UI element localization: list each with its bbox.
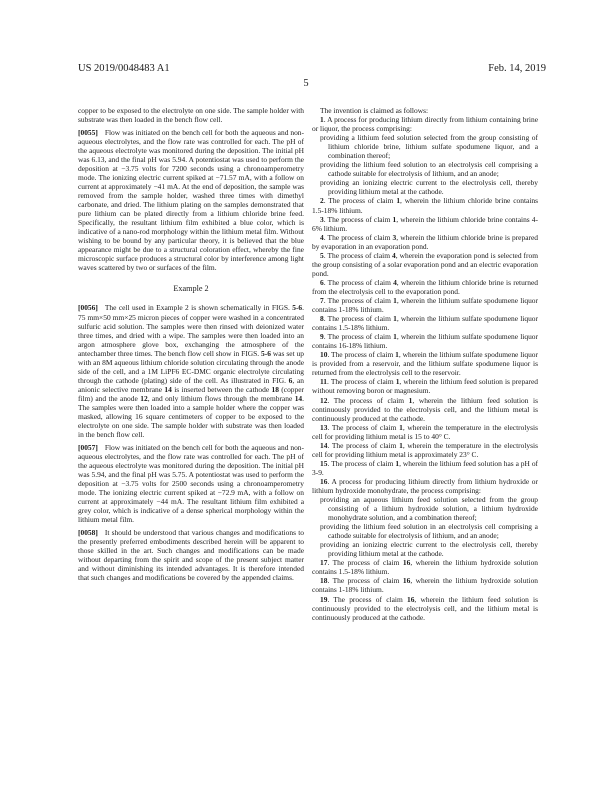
reference-numeral: 14: [164, 385, 171, 394]
claims-intro: The invention is claimed as follows:: [312, 106, 538, 115]
claim-16: 16. A process for producing lithium dire…: [312, 477, 538, 495]
claim-step: providing a lithium feed solution select…: [312, 133, 538, 160]
claim-2: 2. The process of claim 1, wherein the l…: [312, 196, 538, 214]
claim-text: . The process of claim: [324, 233, 393, 242]
claim-step: providing the lithium feed solution to a…: [312, 160, 538, 178]
claim-text: . A process for producing lithium direct…: [312, 477, 538, 495]
claim-step: providing an ionizing electric current t…: [312, 540, 538, 558]
claim-text: . The process of claim: [324, 296, 393, 305]
claims-column: The invention is claimed as follows: 1. …: [312, 106, 538, 622]
figure-ref: 5-6: [261, 349, 271, 358]
claim-1: 1. A process for producing lithium direc…: [312, 115, 538, 133]
claim-text: . The process of claim: [327, 423, 399, 432]
claim-text: . The process of claim: [327, 595, 407, 604]
claim-9: 9. The process of claim 1, wherein the l…: [312, 332, 538, 350]
claim-text: . The process of claim: [327, 396, 408, 405]
claim-15: 15. The process of claim 1, wherein the …: [312, 459, 538, 477]
claim-4: 4. The process of claim 3, wherein the l…: [312, 233, 538, 251]
figure-ref: 5-6: [292, 303, 302, 312]
publication-date: Feb. 14, 2019: [488, 63, 546, 74]
claim-text: . The process of claim: [327, 576, 402, 585]
text-run: , and only lithium flows through the mem…: [148, 394, 295, 403]
text-run: is inserted between the cathode: [172, 385, 272, 394]
reference-numeral: 12: [140, 394, 147, 403]
claim-text: . The process of claim: [324, 251, 392, 260]
reference-numeral: 18: [272, 385, 279, 394]
claim-13: 13. The process of claim 1, wherein the …: [312, 423, 538, 441]
claim-17: 17. The process of claim 16, wherein the…: [312, 558, 538, 576]
text-run: The cell used in Example 2 is shown sche…: [105, 303, 292, 312]
claim-10: 10. The process of claim 1, wherein the …: [312, 350, 538, 377]
claim-text: . The process of claim: [324, 278, 393, 287]
claim-text: . The process of claim: [327, 441, 399, 450]
example-heading: Example 2: [78, 284, 304, 293]
claim-number: 11: [320, 377, 327, 386]
paragraph-text: Flow was initiated on the bench cell for…: [78, 443, 304, 524]
claim-text: . The process of claim: [327, 377, 396, 386]
paragraph-text: It should be understood that various cha…: [78, 528, 304, 582]
claim-text: . The process of claim: [324, 215, 393, 224]
paragraph-number: [0058]: [78, 528, 98, 537]
claim-8: 8. The process of claim 1, wherein the l…: [312, 314, 538, 332]
claim-text: . The process of claim: [327, 459, 395, 468]
claim-14: 14. The process of claim 1, wherein the …: [312, 441, 538, 459]
claim-text: . The process of claim: [324, 332, 393, 341]
claim-text: . A process for producing lithium direct…: [312, 115, 538, 133]
publication-number: US 2019/0048483 A1: [78, 63, 170, 74]
paragraph-number: [0056]: [78, 303, 98, 312]
claim-7: 7. The process of claim 1, wherein the l…: [312, 296, 538, 314]
claim-text: . The process of claim: [327, 558, 402, 567]
left-column: copper to be exposed to the electrolyte …: [78, 106, 304, 586]
claim-19: 19. The process of claim 16, wherein the…: [312, 595, 538, 622]
claim-5: 5. The process of claim 4, wherein the e…: [312, 251, 538, 278]
claim-text: . The process of claim: [324, 314, 393, 323]
claim-11: 11. The process of claim 1, wherein the …: [312, 377, 538, 395]
paragraph-0058: [0058]It should be understood that vario…: [78, 528, 304, 582]
claim-text: . The process of claim: [324, 196, 397, 205]
page-number: 5: [0, 78, 612, 89]
claim-step: providing an ionizing electric current t…: [312, 178, 538, 196]
claim-step: providing an aqueous lithium feed soluti…: [312, 495, 538, 522]
paragraph-number: [0057]: [78, 443, 98, 452]
claim-18: 18. The process of claim 16, wherein the…: [312, 576, 538, 594]
paragraph-0055: [0055]Flow was initiated on the bench ce…: [78, 128, 304, 273]
claim-6: 6. The process of claim 4, wherein the l…: [312, 278, 538, 296]
claim-12: 12. The process of claim 1, wherein the …: [312, 396, 538, 423]
claim-step: providing the lithium feed solution in a…: [312, 522, 538, 540]
paragraph-0057: [0057]Flow was initiated on the bench ce…: [78, 443, 304, 524]
claim-3: 3. The process of claim 1, wherein the l…: [312, 215, 538, 233]
claim-text: . The process of claim: [327, 350, 395, 359]
continuation-paragraph: copper to be exposed to the electrolyte …: [78, 106, 304, 124]
paragraph-0056: [0056]The cell used in Example 2 is show…: [78, 303, 304, 439]
paragraph-number: [0055]: [78, 128, 98, 137]
paragraph-text: Flow was initiated on the bench cell for…: [78, 128, 304, 273]
